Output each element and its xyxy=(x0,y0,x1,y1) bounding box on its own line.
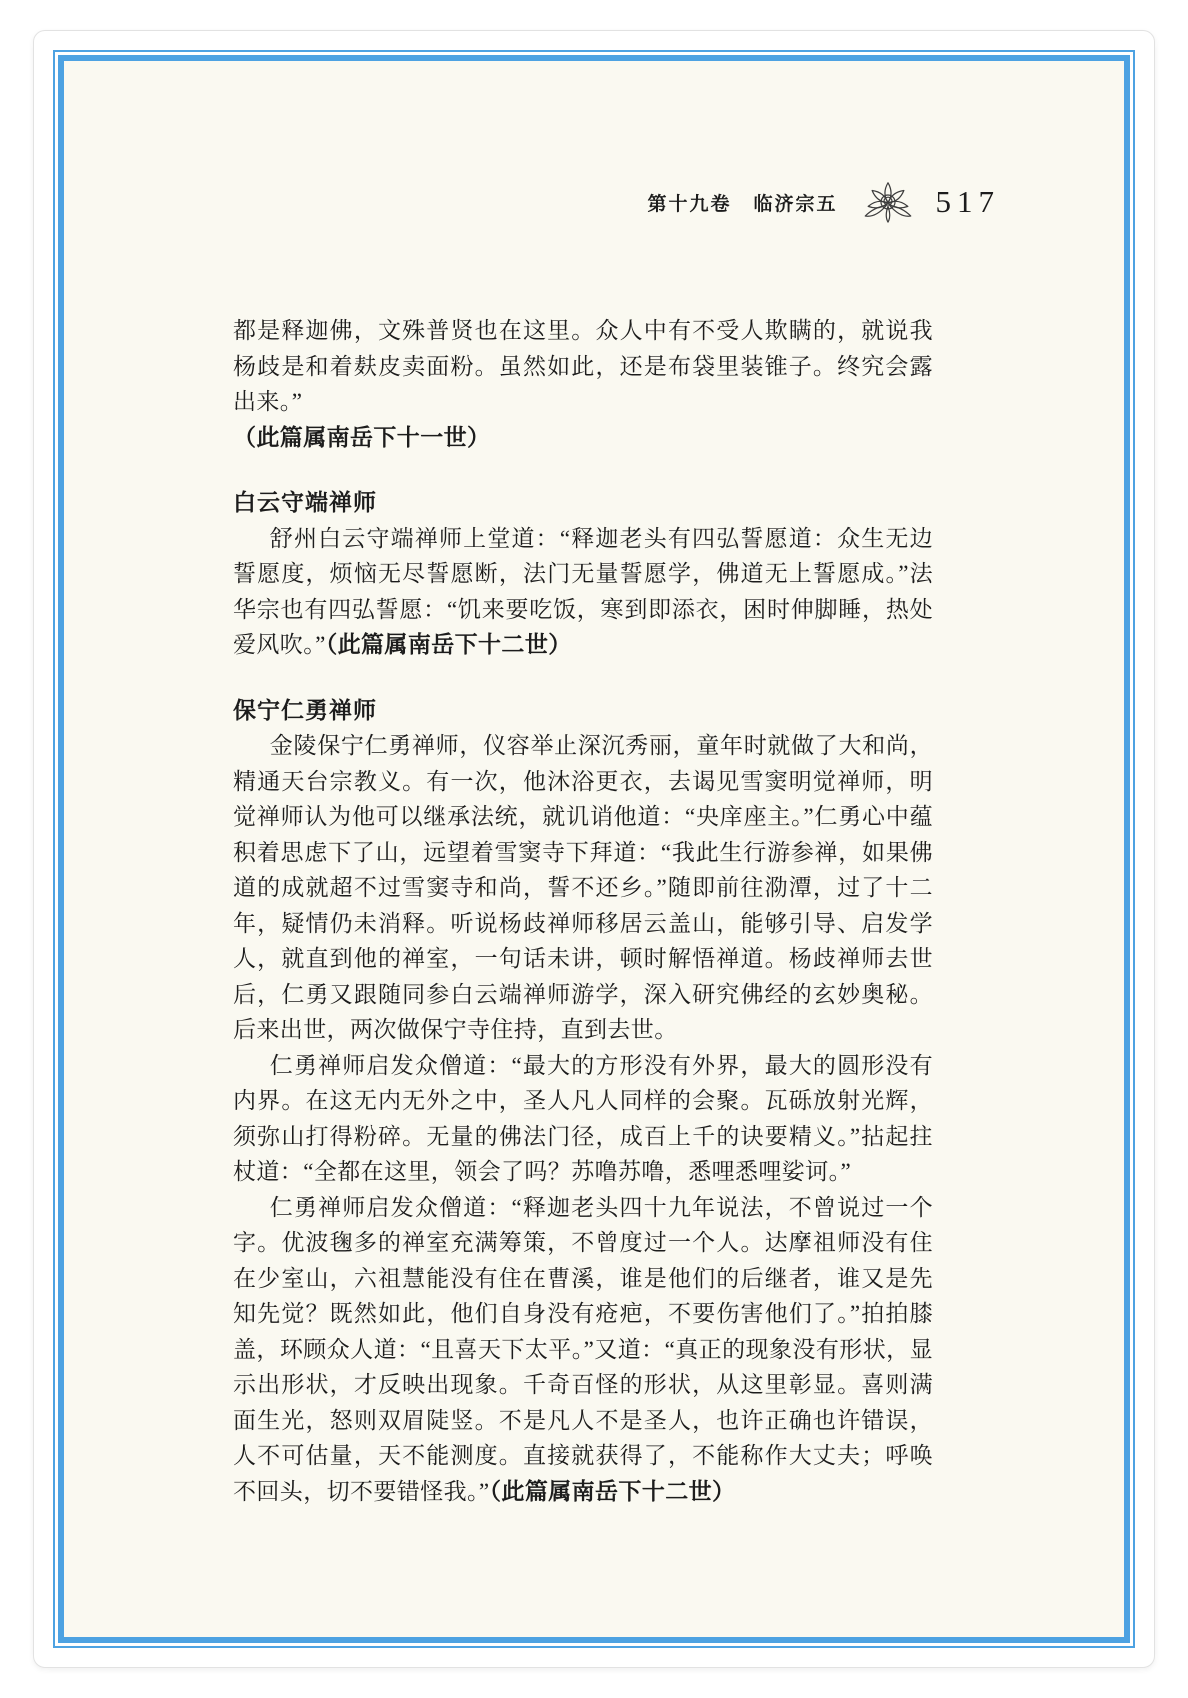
section-title: 白云守端禅师 xyxy=(233,485,933,521)
text-column: 都是释迦佛，文殊普贤也在这里。众人中有不受人欺瞒的，就说我杨歧是和着麸皮卖面粉。… xyxy=(233,313,933,1509)
lineage-attribution: （此篇属南岳下十一世） xyxy=(233,420,933,456)
section-label: 临济宗五 xyxy=(753,194,837,215)
lineage-attribution: （此篇属南岳下十二世） xyxy=(490,1478,736,1504)
continuation-paragraph: 都是释迦佛，文殊普贤也在这里。众人中有不受人欺瞒的，就说我杨歧是和着麸皮卖面粉。… xyxy=(233,313,933,455)
paragraph-text: 仁勇禅师启发众僧道：“释迦老头四十九年说法，不曾说过一个字。优波毱多的禅室充满筹… xyxy=(233,1195,933,1504)
chapter-label: 第十九卷 xyxy=(647,194,731,215)
lotus-icon xyxy=(860,179,916,225)
section-paragraph: 仁勇禅师启发众僧道：“最大的方形没有外界，最大的圆形没有内界。在这无内无外之中，… xyxy=(233,1048,933,1190)
page-number: 517 xyxy=(936,184,1001,220)
page-card: 第十九卷临济宗五 xyxy=(33,30,1155,1668)
section-baiyun-shouduan: 白云守端禅师 舒州白云守端禅师上堂道：“释迦老头有四弘誓愿道：众生无边誓愿度，烦… xyxy=(233,485,933,663)
inner-blue-border: 第十九卷临济宗五 xyxy=(58,55,1130,1643)
outer-blue-border: 第十九卷临济宗五 xyxy=(53,50,1135,1648)
section-title: 保宁仁勇禅师 xyxy=(233,693,933,729)
section-paragraph: 金陵保宁仁勇禅师，仪容举止深沉秀丽，童年时就做了大和尚，精通天台宗教义。有一次，… xyxy=(233,728,933,1048)
section-paragraph: 舒州白云守端禅师上堂道：“释迦老头有四弘誓愿道：众生无边誓愿度，烦恼无尽誓愿断，… xyxy=(233,521,933,663)
paragraph-text: 仁勇禅师启发众僧道：“最大的方形没有外界，最大的圆形没有内界。在这无内无外之中，… xyxy=(233,1053,933,1185)
lineage-attribution: （此篇属南岳下十二世） xyxy=(326,631,572,657)
running-head: 第十九卷临济宗五 xyxy=(647,179,1000,225)
chapter-title: 第十九卷临济宗五 xyxy=(647,189,837,216)
paper-area: 第十九卷临济宗五 xyxy=(64,61,1124,1637)
book-page: 第十九卷临济宗五 xyxy=(0,0,1188,1698)
continuation-text: 都是释迦佛，文殊普贤也在这里。众人中有不受人欺瞒的，就说我杨歧是和着麸皮卖面粉。… xyxy=(233,318,933,414)
section-baoning-renyong: 保宁仁勇禅师 金陵保宁仁勇禅师，仪容举止深沉秀丽，童年时就做了大和尚，精通天台宗… xyxy=(233,693,933,1510)
section-paragraph: 仁勇禅师启发众僧道：“释迦老头四十九年说法，不曾说过一个字。优波毱多的禅室充满筹… xyxy=(233,1190,933,1510)
paragraph-text: 金陵保宁仁勇禅师，仪容举止深沉秀丽，童年时就做了大和尚，精通天台宗教义。有一次，… xyxy=(233,733,933,1042)
